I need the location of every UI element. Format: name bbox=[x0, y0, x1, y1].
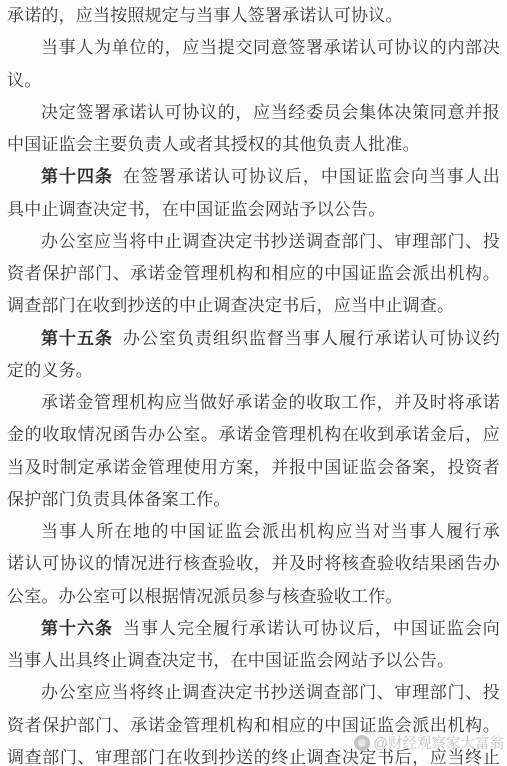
document-line: 办公室应当将终止调查决定书抄送调查部门、审理部门、投 bbox=[7, 677, 500, 709]
document-body: 承诺的，应当按照规定与当事人签署承诺认可协议。当事人为单位的，应当提交同意签署承… bbox=[7, 0, 500, 766]
article-number: 第十四条 bbox=[41, 167, 113, 186]
document-line: 当事人为单位的，应当提交同意签署承诺认可协议的内部决 bbox=[7, 32, 500, 64]
document-line: 第十五条办公室负责组织监督当事人履行承诺认可协议约 bbox=[7, 323, 500, 355]
document-line: 决定签署承诺认可协议的，应当经委员会集体决策同意并报 bbox=[7, 97, 500, 129]
document-line: 诺认可协议的情况进行核查验收，并及时将核查验收结果函告办 bbox=[7, 548, 500, 580]
document-line: 中国证监会主要负责人或者其授权的其他负责人批准。 bbox=[7, 129, 500, 161]
document-line: 当事人出具终止调查决定书，在中国证监会网站予以公告。 bbox=[7, 645, 500, 677]
document-line: 资者保护部门、承诺金管理机构和相应的中国证监会派出机构。 bbox=[7, 258, 500, 290]
document-line: 具中止调查决定书，在中国证监会网站予以公告。 bbox=[7, 194, 500, 226]
document-line: 保护部门负责具体备案工作。 bbox=[7, 484, 500, 516]
document-line: 第十六条当事人完全履行承诺认可协议后，中国证监会向 bbox=[7, 613, 500, 645]
document-line: 金的收取情况函告办公室。承诺金管理机构在收到承诺金后，应 bbox=[7, 419, 500, 451]
document-line: 调查部门、审理部门在收到抄送的终止调查决定书后，应当终止 bbox=[7, 742, 500, 766]
article-number: 第十六条 bbox=[41, 619, 113, 638]
document-line: 承诺金管理机构应当做好承诺金的收取工作，并及时将承诺 bbox=[7, 387, 500, 419]
article-number: 第十五条 bbox=[41, 329, 113, 348]
document-line: 定的义务。 bbox=[7, 355, 500, 387]
document-line: 第十四条在签署承诺认可协议后，中国证监会向当事人出 bbox=[7, 161, 500, 193]
document-line: 资者保护部门、承诺金管理机构和相应的中国证监会派出机构。 bbox=[7, 710, 500, 742]
document-line: 议。 bbox=[7, 65, 500, 97]
document-line: 当及时制定承诺金管理使用方案，并报中国证监会备案，投资者 bbox=[7, 452, 500, 484]
document-line: 办公室应当将中止调查决定书抄送调查部门、审理部门、投 bbox=[7, 226, 500, 258]
document-line: 承诺的，应当按照规定与当事人签署承诺认可协议。 bbox=[7, 0, 500, 32]
document-line: 当事人所在地的中国证监会派出机构应当对当事人履行承 bbox=[7, 516, 500, 548]
document-line: 调查部门在收到抄送的中止调查决定书后，应当中止调查。 bbox=[7, 290, 500, 322]
document-line: 公室。办公室可以根据情况派员参与核查验收工作。 bbox=[7, 581, 500, 613]
